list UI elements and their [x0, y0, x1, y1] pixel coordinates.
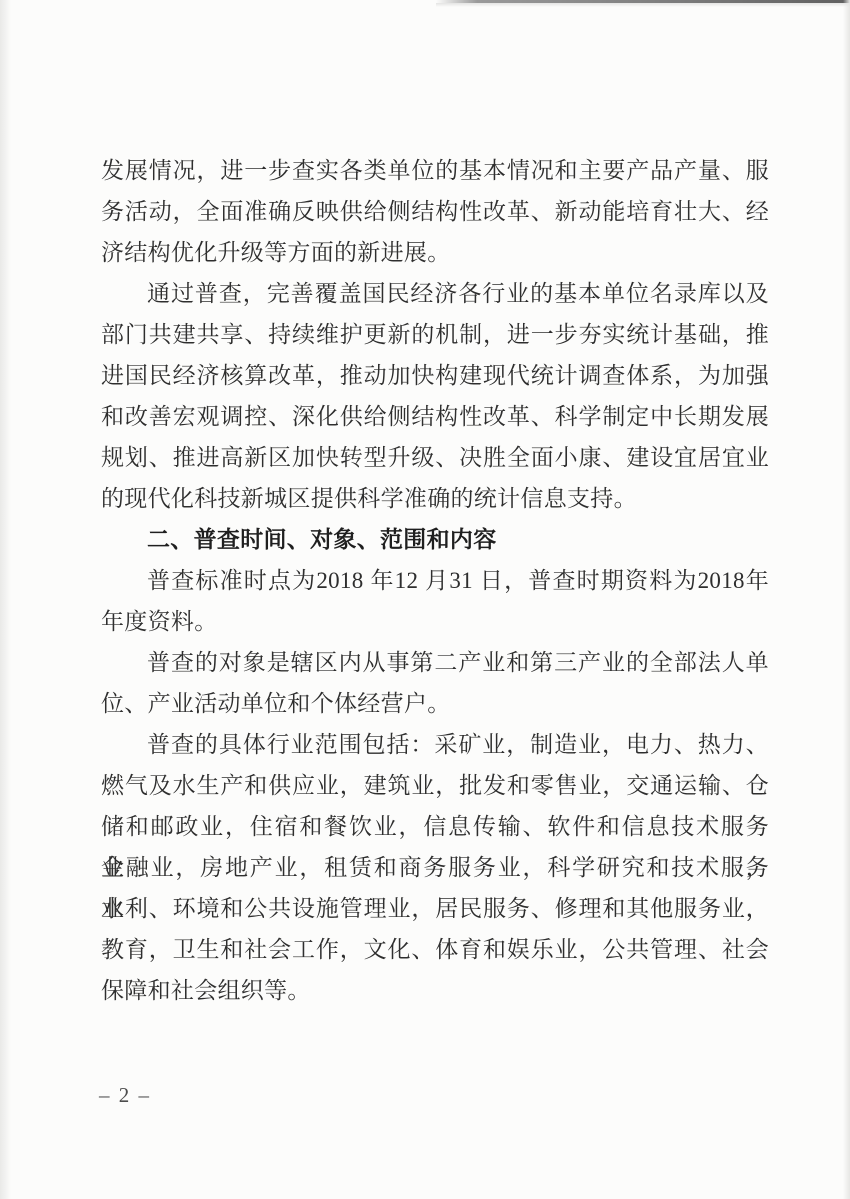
- text-line: 金融业，房地产业，租赁和商务服务业，科学研究和技术服务业，: [101, 847, 769, 888]
- paragraph: 发展情况，进一步查实各类单位的基本情况和主要产品产量、服务活动，全面准确反映供给…: [101, 150, 769, 273]
- paragraph: 普查的对象是辖区内从事第二产业和第三产业的全部法人单位、产业活动单位和个体经营户…: [101, 642, 769, 724]
- paragraph: 普查标准时点为2018 年12 月31 日，普查时期资料为2018年年度资料。: [101, 560, 769, 642]
- text-line: 规划、推进高新区加快转型升级、决胜全面小康、建设宜居宜业: [101, 437, 769, 478]
- scanned-document-page: 发展情况，进一步查实各类单位的基本情况和主要产品产量、服务活动，全面准确反映供给…: [0, 0, 850, 1199]
- text-line: 教育，卫生和社会工作，文化、体育和娱乐业，公共管理、社会: [101, 929, 769, 970]
- text-line: 部门共建共享、持续维护更新的机制，进一步夯实统计基础，推: [101, 314, 769, 355]
- scan-artifact-top-line-glow: [436, 3, 850, 7]
- text-line: 的现代化科技新城区提供科学准确的统计信息支持。: [101, 478, 769, 519]
- text-line: 通过普查，完善覆盖国民经济各行业的基本单位名录库以及: [101, 273, 769, 314]
- text-line: 保障和社会组织等。: [101, 970, 769, 1011]
- text-line: 济结构优化升级等方面的新进展。: [101, 232, 769, 273]
- text-line: 二、普查时间、对象、范围和内容: [101, 519, 769, 560]
- text-line: 普查的对象是辖区内从事第二产业和第三产业的全部法人单: [101, 642, 769, 683]
- text-line: 和改善宏观调控、深化供给侧结构性改革、科学制定中长期发展: [101, 396, 769, 437]
- text-line: 年度资料。: [101, 601, 769, 642]
- paragraph: 普查的具体行业范围包括：采矿业，制造业，电力、热力、燃气及水生产和供应业，建筑业…: [101, 724, 769, 1011]
- section-heading: 二、普查时间、对象、范围和内容: [101, 519, 769, 560]
- page-number: – 2 –: [99, 1083, 151, 1107]
- page-right-edge-shade: [843, 0, 850, 1199]
- text-line: 燃气及水生产和供应业，建筑业，批发和零售业，交通运输、仓: [101, 765, 769, 806]
- text-line: 储和邮政业，住宿和餐饮业，信息传输、软件和信息技术服务业，: [101, 806, 769, 847]
- text-line: 进国民经济核算改革，推动加快构建现代统计调查体系，为加强: [101, 355, 769, 396]
- text-line: 发展情况，进一步查实各类单位的基本情况和主要产品产量、服: [101, 150, 769, 191]
- text-line: 普查标准时点为2018 年12 月31 日，普查时期资料为2018年: [101, 560, 769, 601]
- text-line: 水利、环境和公共设施管理业，居民服务、修理和其他服务业，: [101, 888, 769, 929]
- text-line: 务活动，全面准确反映供给侧结构性改革、新动能培育壮大、经: [101, 191, 769, 232]
- text-line: 位、产业活动单位和个体经营户。: [101, 683, 769, 724]
- paragraph: 通过普查，完善覆盖国民经济各行业的基本单位名录库以及部门共建共享、持续维护更新的…: [101, 273, 769, 519]
- text-line: 普查的具体行业范围包括：采矿业，制造业，电力、热力、: [101, 724, 769, 765]
- document-body: 发展情况，进一步查实各类单位的基本情况和主要产品产量、服务活动，全面准确反映供给…: [101, 150, 769, 1011]
- page-left-edge-shade: [0, 0, 11, 1199]
